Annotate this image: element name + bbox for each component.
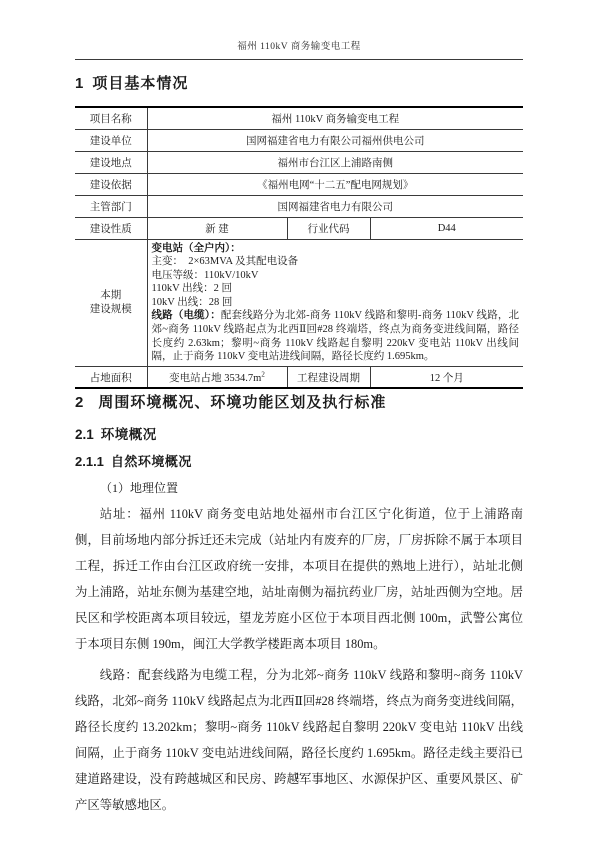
row-value: 国网福建省电力有限公司 xyxy=(147,195,523,217)
row-value: 《福州电网“十二五”配电网规划》 xyxy=(147,173,523,195)
scale-cable-heading: 线路（电缆）： xyxy=(152,310,221,321)
row-label: 建设单位 xyxy=(75,129,147,151)
construction-period-value: 12 个月 xyxy=(370,366,523,388)
section-2-1-number: 2.1 xyxy=(75,427,94,442)
area-value-text: 变电站占地 3534.7m xyxy=(169,373,261,384)
page-header: 福州 110kV 商务输变电工程 xyxy=(75,0,523,60)
scale-voltage-level: 电压等级：110kV/10kV xyxy=(152,269,520,283)
row-value: 福州 110kV 商务输变电工程 xyxy=(147,107,523,129)
line-route-paragraph: 线路：配套线路为电缆工程，分为北郊~商务 110kV 线路和黎明~商务 110k… xyxy=(75,662,523,818)
scale-110kv-outlets: 110kV 出线：2 回 xyxy=(152,282,520,296)
section-2-1-title: 环境概况 xyxy=(101,427,157,442)
table-row-area: 占地面积 变电站占地 3534.7m2 工程建设周期 12 个月 xyxy=(75,366,523,388)
row-value: 国网福建省电力有限公司福州供电公司 xyxy=(147,129,523,151)
table-row-nature: 建设性质 新 建 行业代码 D44 xyxy=(75,217,523,239)
scale-main-transformer: 主变： 2×63MVA 及其配电设备 xyxy=(152,255,520,269)
row-label: 占地面积 xyxy=(75,366,147,388)
scale-10kv-outlets: 10kV 出线：28 回 xyxy=(152,296,520,310)
row-label: 项目名称 xyxy=(75,107,147,129)
page-number: 1 xyxy=(0,772,595,782)
row-value: 福州市台江区上浦路南侧 xyxy=(147,151,523,173)
section-1-title: 项目基本情况 xyxy=(92,75,188,92)
row-label: 建设依据 xyxy=(75,173,147,195)
document-page: 福州 110kV 商务输变电工程 1项目基本情况 项目名称 福州 110kV 商… xyxy=(0,0,595,841)
row-label: 建设性质 xyxy=(75,217,147,239)
header-rule xyxy=(75,52,523,60)
area-value: 变电站占地 3534.7m2 xyxy=(147,366,287,388)
geographic-location-item: （1）地理位置 xyxy=(75,480,523,496)
table-row-location: 建设地点 福州市台江区上浦路南侧 xyxy=(75,151,523,173)
page-content: 福州 110kV 商务输变电工程 1项目基本情况 项目名称 福州 110kV 商… xyxy=(0,0,595,818)
section-2-heading: 2周围环境概况、环境功能区划及执行标准 xyxy=(75,393,523,413)
scale-cable-line: 线路（电缆）：配套线路分为北郊-商务 110kV 线路和黎明-商务 110kV … xyxy=(152,309,520,363)
section-2-title: 周围环境概况、环境功能区划及执行标准 xyxy=(98,394,386,411)
site-location-paragraph: 站址：福州 110kV 商务变电站地处福州市台江区宁化街道，位于上浦路南侧，目前… xyxy=(75,501,523,657)
construction-period-label: 工程建设周期 xyxy=(287,366,370,388)
scale-substation-heading: 变电站（全户内）： xyxy=(152,242,520,256)
scale-label-line2: 建设规模 xyxy=(79,303,143,317)
table-row-project-name: 项目名称 福州 110kV 商务输变电工程 xyxy=(75,107,523,129)
scale-row-label: 本期 建设规模 xyxy=(75,239,147,366)
section-2-1-heading: 2.1环境概况 xyxy=(75,426,523,444)
table-row-scale: 本期 建设规模 变电站（全户内）： 主变： 2×63MVA 及其配电设备 电压等… xyxy=(75,239,523,366)
row-label: 主管部门 xyxy=(75,195,147,217)
scale-label-line1: 本期 xyxy=(79,289,143,303)
nature-value: 新 建 xyxy=(147,217,287,239)
section-2-number: 2 xyxy=(75,394,83,411)
area-value-superscript: 2 xyxy=(261,370,265,378)
scale-row-value: 变电站（全户内）： 主变： 2×63MVA 及其配电设备 电压等级：110kV/… xyxy=(147,239,523,366)
section-2-1-1-heading: 2.1.1自然环境概况 xyxy=(75,453,523,471)
industry-code-label: 行业代码 xyxy=(287,217,370,239)
project-info-table: 项目名称 福州 110kV 商务输变电工程 建设单位 国网福建省电力有限公司福州… xyxy=(75,106,523,389)
row-label: 建设地点 xyxy=(75,151,147,173)
section-1-heading: 1项目基本情况 xyxy=(75,74,523,94)
section-2-1-1-number: 2.1.1 xyxy=(75,454,104,469)
header-title: 福州 110kV 商务输变电工程 xyxy=(75,38,523,52)
section-2-1-1-title: 自然环境概况 xyxy=(111,454,192,469)
section-1-number: 1 xyxy=(75,75,83,92)
table-row-basis: 建设依据 《福州电网“十二五”配电网规划》 xyxy=(75,173,523,195)
table-row-construction-unit: 建设单位 国网福建省电力有限公司福州供电公司 xyxy=(75,129,523,151)
table-row-authority: 主管部门 国网福建省电力有限公司 xyxy=(75,195,523,217)
industry-code-value: D44 xyxy=(370,217,523,239)
